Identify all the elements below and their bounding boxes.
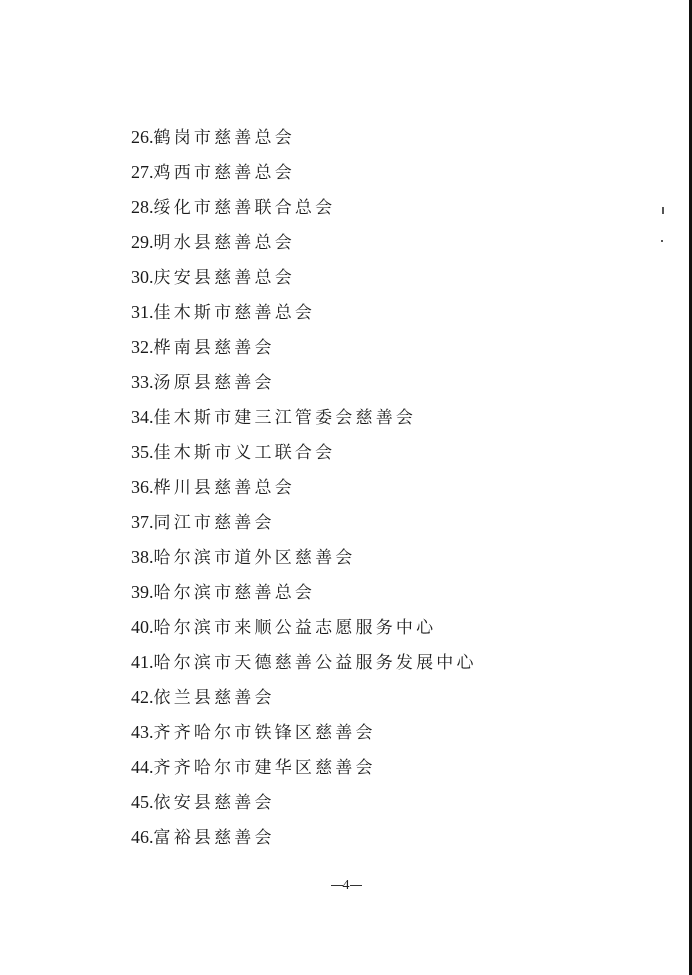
page-number-value: 4: [343, 878, 350, 893]
item-number: 28.: [131, 197, 154, 217]
list-item: 29.明水县慈善总会: [131, 228, 477, 263]
item-number: 27.: [131, 162, 154, 182]
page-number-dash-left: [331, 885, 343, 886]
item-number: 36.: [131, 477, 154, 497]
document-page: 26.鹤岗市慈善总会 27.鸡西市慈善总会 28.绥化市慈善联合总会 29.明水…: [0, 0, 689, 975]
item-number: 42.: [131, 687, 154, 707]
page-number: 4: [0, 878, 692, 894]
item-name: 桦南县慈善会: [154, 338, 275, 358]
item-number: 33.: [131, 372, 154, 392]
item-name: 鸡西市慈善总会: [154, 163, 295, 183]
item-name: 明水县慈善总会: [154, 233, 295, 253]
list-item: 45.依安县慈善会: [131, 788, 477, 823]
item-name: 庆安县慈善总会: [154, 268, 295, 288]
list-item: 43.齐齐哈尔市铁锋区慈善会: [131, 718, 477, 753]
item-number: 30.: [131, 267, 154, 287]
item-name: 绥化市慈善联合总会: [154, 198, 336, 218]
item-name: 齐齐哈尔市建华区慈善会: [154, 758, 376, 778]
item-name: 哈尔滨市道外区慈善会: [154, 548, 356, 568]
list-item: 35.佳木斯市义工联合会: [131, 438, 477, 473]
item-name: 哈尔滨市天德慈善公益服务发展中心: [154, 653, 477, 673]
page-number-dash-right: [350, 885, 362, 886]
list-item: 34.佳木斯市建三江管委会慈善会: [131, 403, 477, 438]
list-item: 32.桦南县慈善会: [131, 333, 477, 368]
list-item: 44.齐齐哈尔市建华区慈善会: [131, 753, 477, 788]
list-item: 40.哈尔滨市来顺公益志愿服务中心: [131, 613, 477, 648]
scan-speck: [662, 207, 664, 214]
list-item: 39.哈尔滨市慈善总会: [131, 578, 477, 613]
item-number: 26.: [131, 127, 154, 147]
list-item: 38.哈尔滨市道外区慈善会: [131, 543, 477, 578]
item-number: 38.: [131, 547, 154, 567]
item-number: 39.: [131, 582, 154, 602]
item-number: 40.: [131, 617, 154, 637]
item-number: 45.: [131, 792, 154, 812]
list-item: 36.桦川县慈善总会: [131, 473, 477, 508]
item-name: 哈尔滨市来顺公益志愿服务中心: [154, 618, 437, 638]
item-name: 鹤岗市慈善总会: [154, 128, 295, 148]
item-name: 桦川县慈善总会: [154, 478, 295, 498]
scan-speck: [661, 240, 663, 242]
item-name: 富裕县慈善会: [154, 828, 275, 848]
list-item: 30.庆安县慈善总会: [131, 263, 477, 298]
item-name: 哈尔滨市慈善总会: [154, 583, 316, 603]
item-number: 35.: [131, 442, 154, 462]
list-item: 46.富裕县慈善会: [131, 823, 477, 858]
item-number: 31.: [131, 302, 154, 322]
list-item: 31.佳木斯市慈善总会: [131, 298, 477, 333]
item-name: 汤原县慈善会: [154, 373, 275, 393]
list-item: 27.鸡西市慈善总会: [131, 158, 477, 193]
organization-list: 26.鹤岗市慈善总会 27.鸡西市慈善总会 28.绥化市慈善联合总会 29.明水…: [131, 123, 477, 858]
item-number: 46.: [131, 827, 154, 847]
item-name: 依兰县慈善会: [154, 688, 275, 708]
list-item: 26.鹤岗市慈善总会: [131, 123, 477, 158]
list-item: 41.哈尔滨市天德慈善公益服务发展中心: [131, 648, 477, 683]
list-item: 33.汤原县慈善会: [131, 368, 477, 403]
item-name: 同江市慈善会: [154, 513, 275, 533]
item-number: 41.: [131, 652, 154, 672]
item-number: 44.: [131, 757, 154, 777]
item-number: 43.: [131, 722, 154, 742]
item-name: 齐齐哈尔市铁锋区慈善会: [154, 723, 376, 743]
list-item: 28.绥化市慈善联合总会: [131, 193, 477, 228]
item-name: 依安县慈善会: [154, 793, 275, 813]
item-number: 37.: [131, 512, 154, 532]
item-name: 佳木斯市建三江管委会慈善会: [154, 408, 417, 428]
item-number: 32.: [131, 337, 154, 357]
list-item: 42.依兰县慈善会: [131, 683, 477, 718]
item-name: 佳木斯市慈善总会: [154, 303, 316, 323]
item-number: 34.: [131, 407, 154, 427]
item-name: 佳木斯市义工联合会: [154, 443, 336, 463]
list-item: 37.同江市慈善会: [131, 508, 477, 543]
item-number: 29.: [131, 232, 154, 252]
